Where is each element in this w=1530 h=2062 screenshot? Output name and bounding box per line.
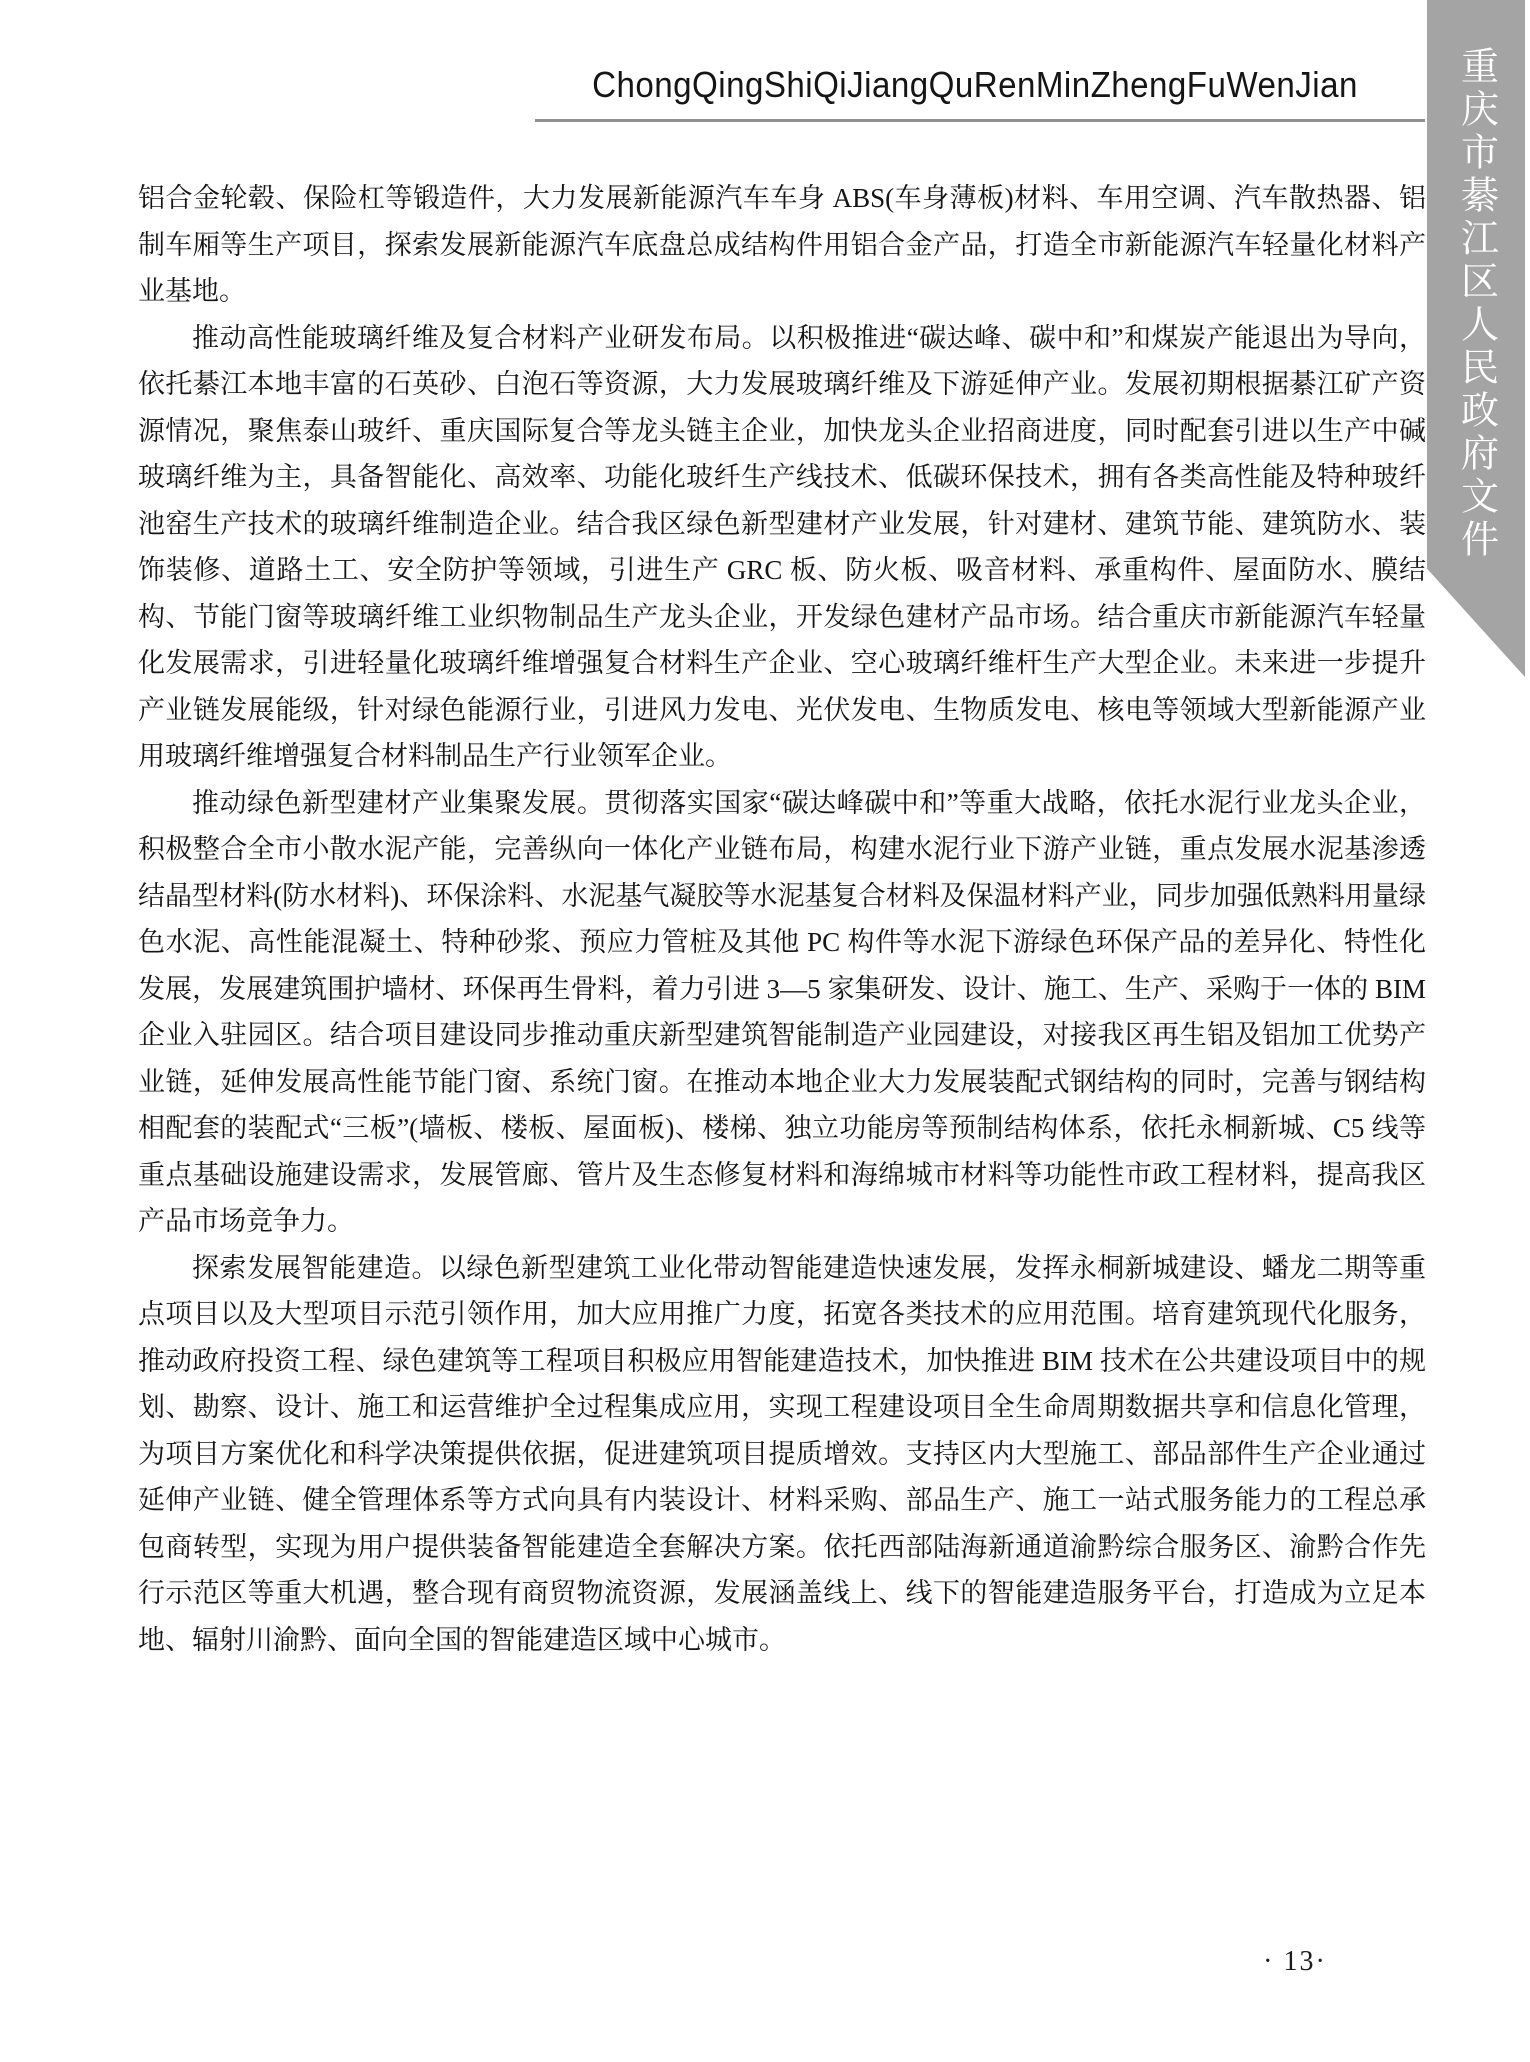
document-body: 铝合金轮毂、保险杠等锻造件，大力发展新能源汽车车身 ABS(车身薄板)材料、车用… bbox=[138, 175, 1426, 1663]
page-number: · 13· bbox=[1195, 1946, 1395, 1978]
page-header-title: ChongQingShiQiJiangQuRenMinZhengFuWenJia… bbox=[579, 64, 1370, 106]
sidebar-ribbon-label: 重庆市綦江区人民政府文件 bbox=[1449, 46, 1504, 562]
paragraph: 铝合金轮毂、保险杠等锻造件，大力发展新能源汽车车身 ABS(车身薄板)材料、车用… bbox=[138, 175, 1426, 315]
paragraph: 探索发展智能建造。以绿色新型建筑工业化带动智能建造快速发展，发挥永桐新城建设、蟠… bbox=[138, 1245, 1426, 1664]
paragraph: 推动高性能玻璃纤维及复合材料产业研发布局。以积极推进“碳达峰、碳中和”和煤炭产能… bbox=[138, 315, 1426, 780]
header-rule bbox=[535, 119, 1425, 122]
document-page: ChongQingShiQiJiangQuRenMinZhengFuWenJia… bbox=[0, 0, 1530, 2062]
paragraph: 推动绿色新型建材产业集聚发展。贯彻落实国家“碳达峰碳中和”等重大战略，依托水泥行… bbox=[138, 780, 1426, 1245]
